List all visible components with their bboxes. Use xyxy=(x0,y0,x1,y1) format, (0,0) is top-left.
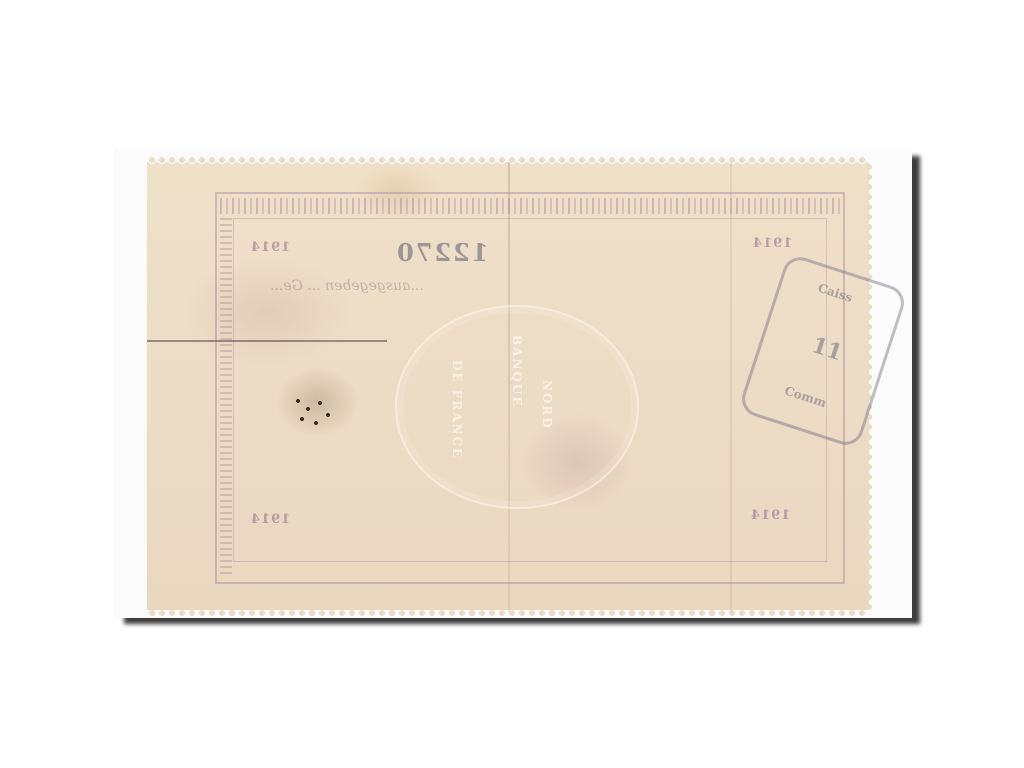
seal-text-banque: BANQUE xyxy=(510,335,524,408)
stain-spots xyxy=(290,395,340,435)
seal-text-nord: NORD xyxy=(540,380,554,430)
fold-crease-horizontal xyxy=(147,340,387,342)
year-top-left: 1914 xyxy=(250,240,290,255)
greek-key-border-top xyxy=(220,198,840,214)
year-bottom-right: 1914 xyxy=(750,508,790,523)
year-top-right: 1914 xyxy=(752,236,792,251)
stamp-line-3: Comm xyxy=(783,384,828,411)
bleed-through-text: ...ausgegeben ... Ge... xyxy=(270,278,424,294)
fold-crease-vertical-right xyxy=(730,162,732,612)
year-bottom-left: 1914 xyxy=(250,512,290,527)
seal-text-de-france: DE FRANCE xyxy=(450,360,464,459)
stamp-line-2: 11 xyxy=(808,332,845,366)
greek-key-border-left xyxy=(220,214,232,574)
serial-number: 12270 xyxy=(395,238,489,267)
stamp-line-1: Caiss xyxy=(816,281,854,305)
